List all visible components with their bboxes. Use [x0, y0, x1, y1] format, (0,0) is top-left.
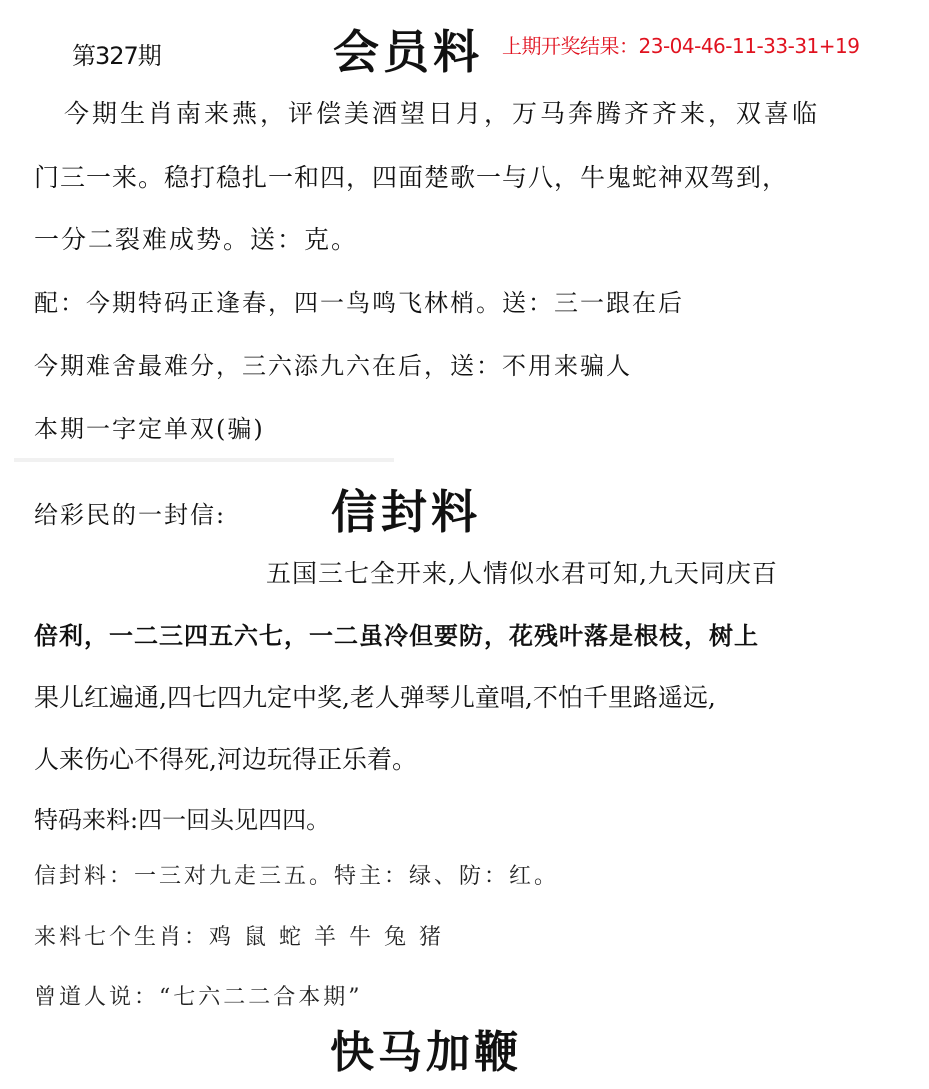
letter-line-8: 曾道人说：“七六二二合本期” — [34, 980, 363, 1011]
letter-line-2: 倍利，一二三四五六七，一二虽冷但要防，花残叶落是根枝，树上 — [34, 616, 759, 651]
letter-title: 信封料 — [331, 476, 481, 542]
letter-line-4: 人来伤心不得死,河边玩得正乐着。 — [34, 740, 417, 776]
member-line-1: 今期生肖南来燕，评偿美酒望日月，万马奔腾齐齐来，双喜临 — [64, 94, 820, 130]
letter-line-6: 信封料：一三对九走三五。特主：绿、防：红。 — [34, 859, 559, 890]
letter-intro: 给彩民的一封信: — [34, 495, 226, 530]
member-title: 会员料 — [333, 16, 483, 82]
letter-line-3: 果儿红遍通,四七四九定中奖,老人弹琴儿童唱,不怕千里路遥远, — [34, 678, 716, 714]
member-line-4: 配：今期特码正逢春，四一鸟鸣飞林梢。送：三一跟在后 — [34, 283, 684, 318]
last-result-numbers: 23-04-46-11-33-31+19 — [639, 34, 860, 58]
issue-number: 第327期 — [72, 36, 161, 71]
member-line-5: 今期难舍最难分，三六添九六在后，送：不用来骗人 — [34, 346, 632, 381]
letter-line-5: 特码来料:四一回头见四四。 — [34, 800, 330, 835]
footer-title: 快马加鞭 — [330, 1016, 522, 1080]
member-line-2: 门三一来。稳打稳扎一和四，四面楚歌一与八，牛鬼蛇神双驾到， — [34, 158, 788, 194]
member-line-6: 本期一字定单双(骗) — [34, 409, 265, 444]
divider — [14, 458, 394, 462]
letter-line-1: 五国三七全开来,人情似水君可知,九天同庆百 — [266, 554, 778, 590]
letter-line-7: 来料七个生肖：鸡 鼠 蛇 羊 牛 兔 猪 — [34, 920, 444, 951]
last-result-label: 上期开奖结果： — [502, 34, 639, 58]
last-result: 上期开奖结果：23-04-46-11-33-31+19 — [502, 30, 860, 59]
member-line-3: 一分二裂难成势。送：克。 — [34, 220, 358, 256]
